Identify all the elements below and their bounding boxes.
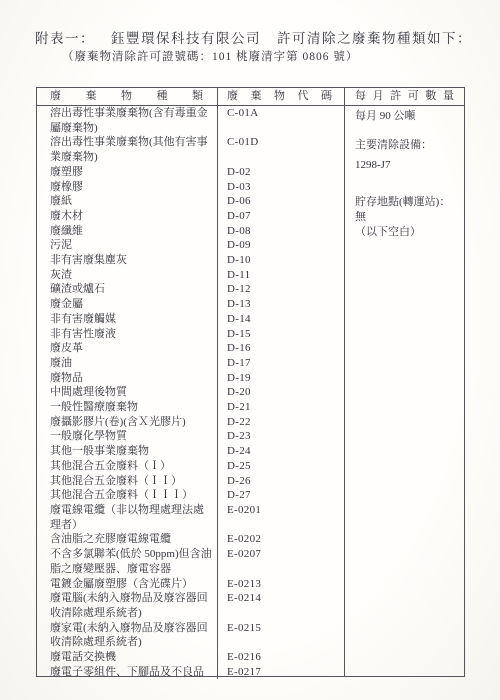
waste-code: D-10 <box>217 253 344 268</box>
waste-code: E-0215 <box>217 621 344 650</box>
header-monthly-quantity: 每月許可數量 <box>344 88 464 105</box>
table-row: 非有害性廢液 D-15 <box>37 327 344 342</box>
waste-code: D-27 <box>217 488 344 503</box>
table-row: 廢皮革 D-16 <box>37 341 344 356</box>
table-header-row: 廢棄物種類 廢棄物代碼 每月許可數量 <box>37 88 464 106</box>
waste-name: 廢電線電纜（非以物理處理法處理者） <box>37 503 217 532</box>
table-row: 廢紙 D-06 <box>37 194 344 209</box>
table-row: 廢電子零組件、下腳品及不良品 E-0217 <box>37 665 344 680</box>
waste-name: 非有害性廢液 <box>37 327 217 342</box>
waste-name: 其他混合五金廢料（ＩＩ） <box>37 474 217 489</box>
waste-name: 溶出毒性事業廢棄物(其他有害事業廢棄物) <box>37 135 217 164</box>
table-row: 灰渣 D-11 <box>37 268 344 283</box>
company-name: 鈺豐環保科技有限公司 <box>111 31 261 46</box>
waste-name: 非有害廢觸媒 <box>37 312 217 327</box>
table-row: 其他一般事業廢棄物 D-24 <box>37 444 344 459</box>
permit-number-line: （廢棄物清除許可證號碼：101 桃廢清字第 0806 號） <box>62 48 358 64</box>
quantity-note: （以下空白） <box>355 225 464 240</box>
waste-code: D-24 <box>217 444 344 459</box>
table-row: 廢家電(未納入廢物品及廢容器回收清除處理系統者) E-0215 <box>37 621 344 650</box>
waste-name: 非有害廢集塵灰 <box>37 253 217 268</box>
waste-code: D-26 <box>217 474 344 489</box>
waste-code: D-08 <box>217 224 344 239</box>
title-suffix: 許可清除之廢棄物種類如下： <box>277 31 472 46</box>
table-row: 廢塑膠 D-02 <box>37 165 344 180</box>
table-row: 其他混合五金廢料（Ｉ） D-25 <box>37 459 344 474</box>
waste-code: D-13 <box>217 297 344 312</box>
waste-name: 一般性醫療廢棄物 <box>37 400 217 415</box>
waste-name: 其他混合五金廢料（Ｉ） <box>37 459 217 474</box>
waste-code: D-22 <box>217 415 344 430</box>
waste-name: 電鍍金屬廢塑膠（含光碟片） <box>37 577 217 592</box>
waste-name: 含油脂之充膠廢電線電纜 <box>37 532 217 547</box>
waste-code: D-02 <box>217 165 344 180</box>
table-row: 廢物品 D-19 <box>37 371 344 386</box>
waste-code: D-17 <box>217 356 344 371</box>
waste-code: E-0214 <box>217 591 344 620</box>
waste-code: E-0201 <box>217 503 344 532</box>
table-row: 廢電話交換機 E-0216 <box>37 650 344 665</box>
waste-name: 溶出毒性事業廢棄物(含有毒重金屬廢棄物) <box>37 106 217 135</box>
table-row: 廢電線電纜（非以物理處理法處理者） E-0201 <box>37 503 344 532</box>
waste-code: D-06 <box>217 194 344 209</box>
waste-name: 一般廢化學物質 <box>37 429 217 444</box>
table-row: 溶出毒性事業廢棄物(其他有害事業廢棄物) C-01D <box>37 135 344 164</box>
waste-name: 廢油 <box>37 356 217 371</box>
waste-code: C-01A <box>217 106 344 135</box>
waste-code: D-21 <box>217 400 344 415</box>
table-row: 一般廢化學物質 D-23 <box>37 429 344 444</box>
waste-name: 污泥 <box>37 238 217 253</box>
quantity-note: 每月 90 公噸 <box>355 109 464 124</box>
waste-code: D-12 <box>217 282 344 297</box>
waste-table: 廢棄物種類 廢棄物代碼 每月許可數量 溶出毒性事業廢棄物(含有毒重金屬廢棄物) … <box>36 87 465 677</box>
waste-name: 廢電腦(未納入廢物品及廢容器回收清除處理系統者) <box>37 591 217 620</box>
table-row: 不含多氯聯苯(低於 50ppm)但含油脂之廢變壓器、廢電容器 E-0207 <box>37 547 344 576</box>
waste-code: E-0216 <box>217 650 344 665</box>
header-waste-type: 廢棄物種類 <box>37 88 217 105</box>
table-row: 廢油 D-17 <box>37 356 344 371</box>
table-row: 廢橡膠 D-03 <box>37 180 344 195</box>
waste-code: E-0213 <box>217 577 344 592</box>
waste-code: D-20 <box>217 385 344 400</box>
table-row: 其他混合五金廢料（ＩＩ） D-26 <box>37 474 344 489</box>
document-page: 附表一：鈺豐環保科技有限公司許可清除之廢棄物種類如下： （廢棄物清除許可證號碼：… <box>0 0 500 700</box>
waste-code: D-07 <box>217 209 344 224</box>
table-row: 廢電腦(未納入廢物品及廢容器回收清除處理系統者) E-0214 <box>37 591 344 620</box>
waste-name: 不含多氯聯苯(低於 50ppm)但含油脂之廢變壓器、廢電容器 <box>37 547 217 576</box>
quantity-note: 主要清除設備： <box>355 138 464 153</box>
waste-code: D-16 <box>217 341 344 356</box>
waste-name: 其他混合五金廢料（ＩＩＩ） <box>37 488 217 503</box>
waste-code: D-19 <box>217 371 344 386</box>
table-row: 中間處理後物質 D-20 <box>37 385 344 400</box>
waste-name: 廢攝影膠片(卷)(含Ｘ光膠片) <box>37 415 217 430</box>
waste-name: 其他一般事業廢棄物 <box>37 444 217 459</box>
waste-code: E-0217 <box>217 665 344 680</box>
waste-rows: 溶出毒性事業廢棄物(含有毒重金屬廢棄物) C-01A 溶出毒性事業廢棄物(其他有… <box>37 106 344 677</box>
waste-name: 廢橡膠 <box>37 180 217 195</box>
table-row: 廢金屬 D-13 <box>37 297 344 312</box>
waste-code: D-09 <box>217 238 344 253</box>
table-row: 廢攝影膠片(卷)(含Ｘ光膠片) D-22 <box>37 415 344 430</box>
quantity-note: 無 <box>355 210 464 225</box>
table-row: 廢木材 D-07 <box>37 209 344 224</box>
waste-code: D-15 <box>217 327 344 342</box>
table-row: 含油脂之充膠廢電線電纜 E-0202 <box>37 532 344 547</box>
waste-name: 廢金屬 <box>37 297 217 312</box>
waste-name: 廢電子零組件、下腳品及不良品 <box>37 665 217 680</box>
title-label: 附表一： <box>35 31 95 46</box>
waste-name: 廢家電(未納入廢物品及廢容器回收清除處理系統者) <box>37 621 217 650</box>
table-row: 礦渣或爐石 D-12 <box>37 282 344 297</box>
quantity-column: 每月 90 公噸 主要清除設備： 1298-J7 貯存地點(轉運站)： 無 （以… <box>344 106 464 677</box>
waste-code: E-0207 <box>217 547 344 576</box>
table-row: 廢纖維 D-08 <box>37 224 344 239</box>
waste-name: 灰渣 <box>37 268 217 283</box>
waste-code: D-14 <box>217 312 344 327</box>
table-row: 污泥 D-09 <box>37 238 344 253</box>
table-row: 一般性醫療廢棄物 D-21 <box>37 400 344 415</box>
waste-code: D-23 <box>217 429 344 444</box>
waste-name: 廢物品 <box>37 371 217 386</box>
waste-name: 廢塑膠 <box>37 165 217 180</box>
waste-code: D-03 <box>217 180 344 195</box>
table-row: 溶出毒性事業廢棄物(含有毒重金屬廢棄物) C-01A <box>37 106 344 135</box>
waste-code: D-25 <box>217 459 344 474</box>
waste-code: E-0202 <box>217 532 344 547</box>
waste-name: 廢纖維 <box>37 224 217 239</box>
waste-name: 廢電話交換機 <box>37 650 217 665</box>
waste-name: 廢紙 <box>37 194 217 209</box>
header-waste-code: 廢棄物代碼 <box>217 88 344 105</box>
waste-name: 礦渣或爐石 <box>37 282 217 297</box>
waste-name: 中間處理後物質 <box>37 385 217 400</box>
table-body: 溶出毒性事業廢棄物(含有毒重金屬廢棄物) C-01A 溶出毒性事業廢棄物(其他有… <box>37 106 464 677</box>
quantity-note: 貯存地點(轉運站)： <box>355 195 464 210</box>
document-title: 附表一：鈺豐環保科技有限公司許可清除之廢棄物種類如下： <box>35 27 472 47</box>
waste-name: 廢皮革 <box>37 341 217 356</box>
waste-name: 廢木材 <box>37 209 217 224</box>
table-row: 電鍍金屬廢塑膠（含光碟片） E-0213 <box>37 577 344 592</box>
table-row: 其他混合五金廢料（ＩＩＩ） D-27 <box>37 488 344 503</box>
quantity-note: 1298-J7 <box>355 158 464 173</box>
waste-code: C-01D <box>217 135 344 164</box>
table-row: 非有害廢集塵灰 D-10 <box>37 253 344 268</box>
waste-code: D-11 <box>217 268 344 283</box>
table-row: 非有害廢觸媒 D-14 <box>37 312 344 327</box>
